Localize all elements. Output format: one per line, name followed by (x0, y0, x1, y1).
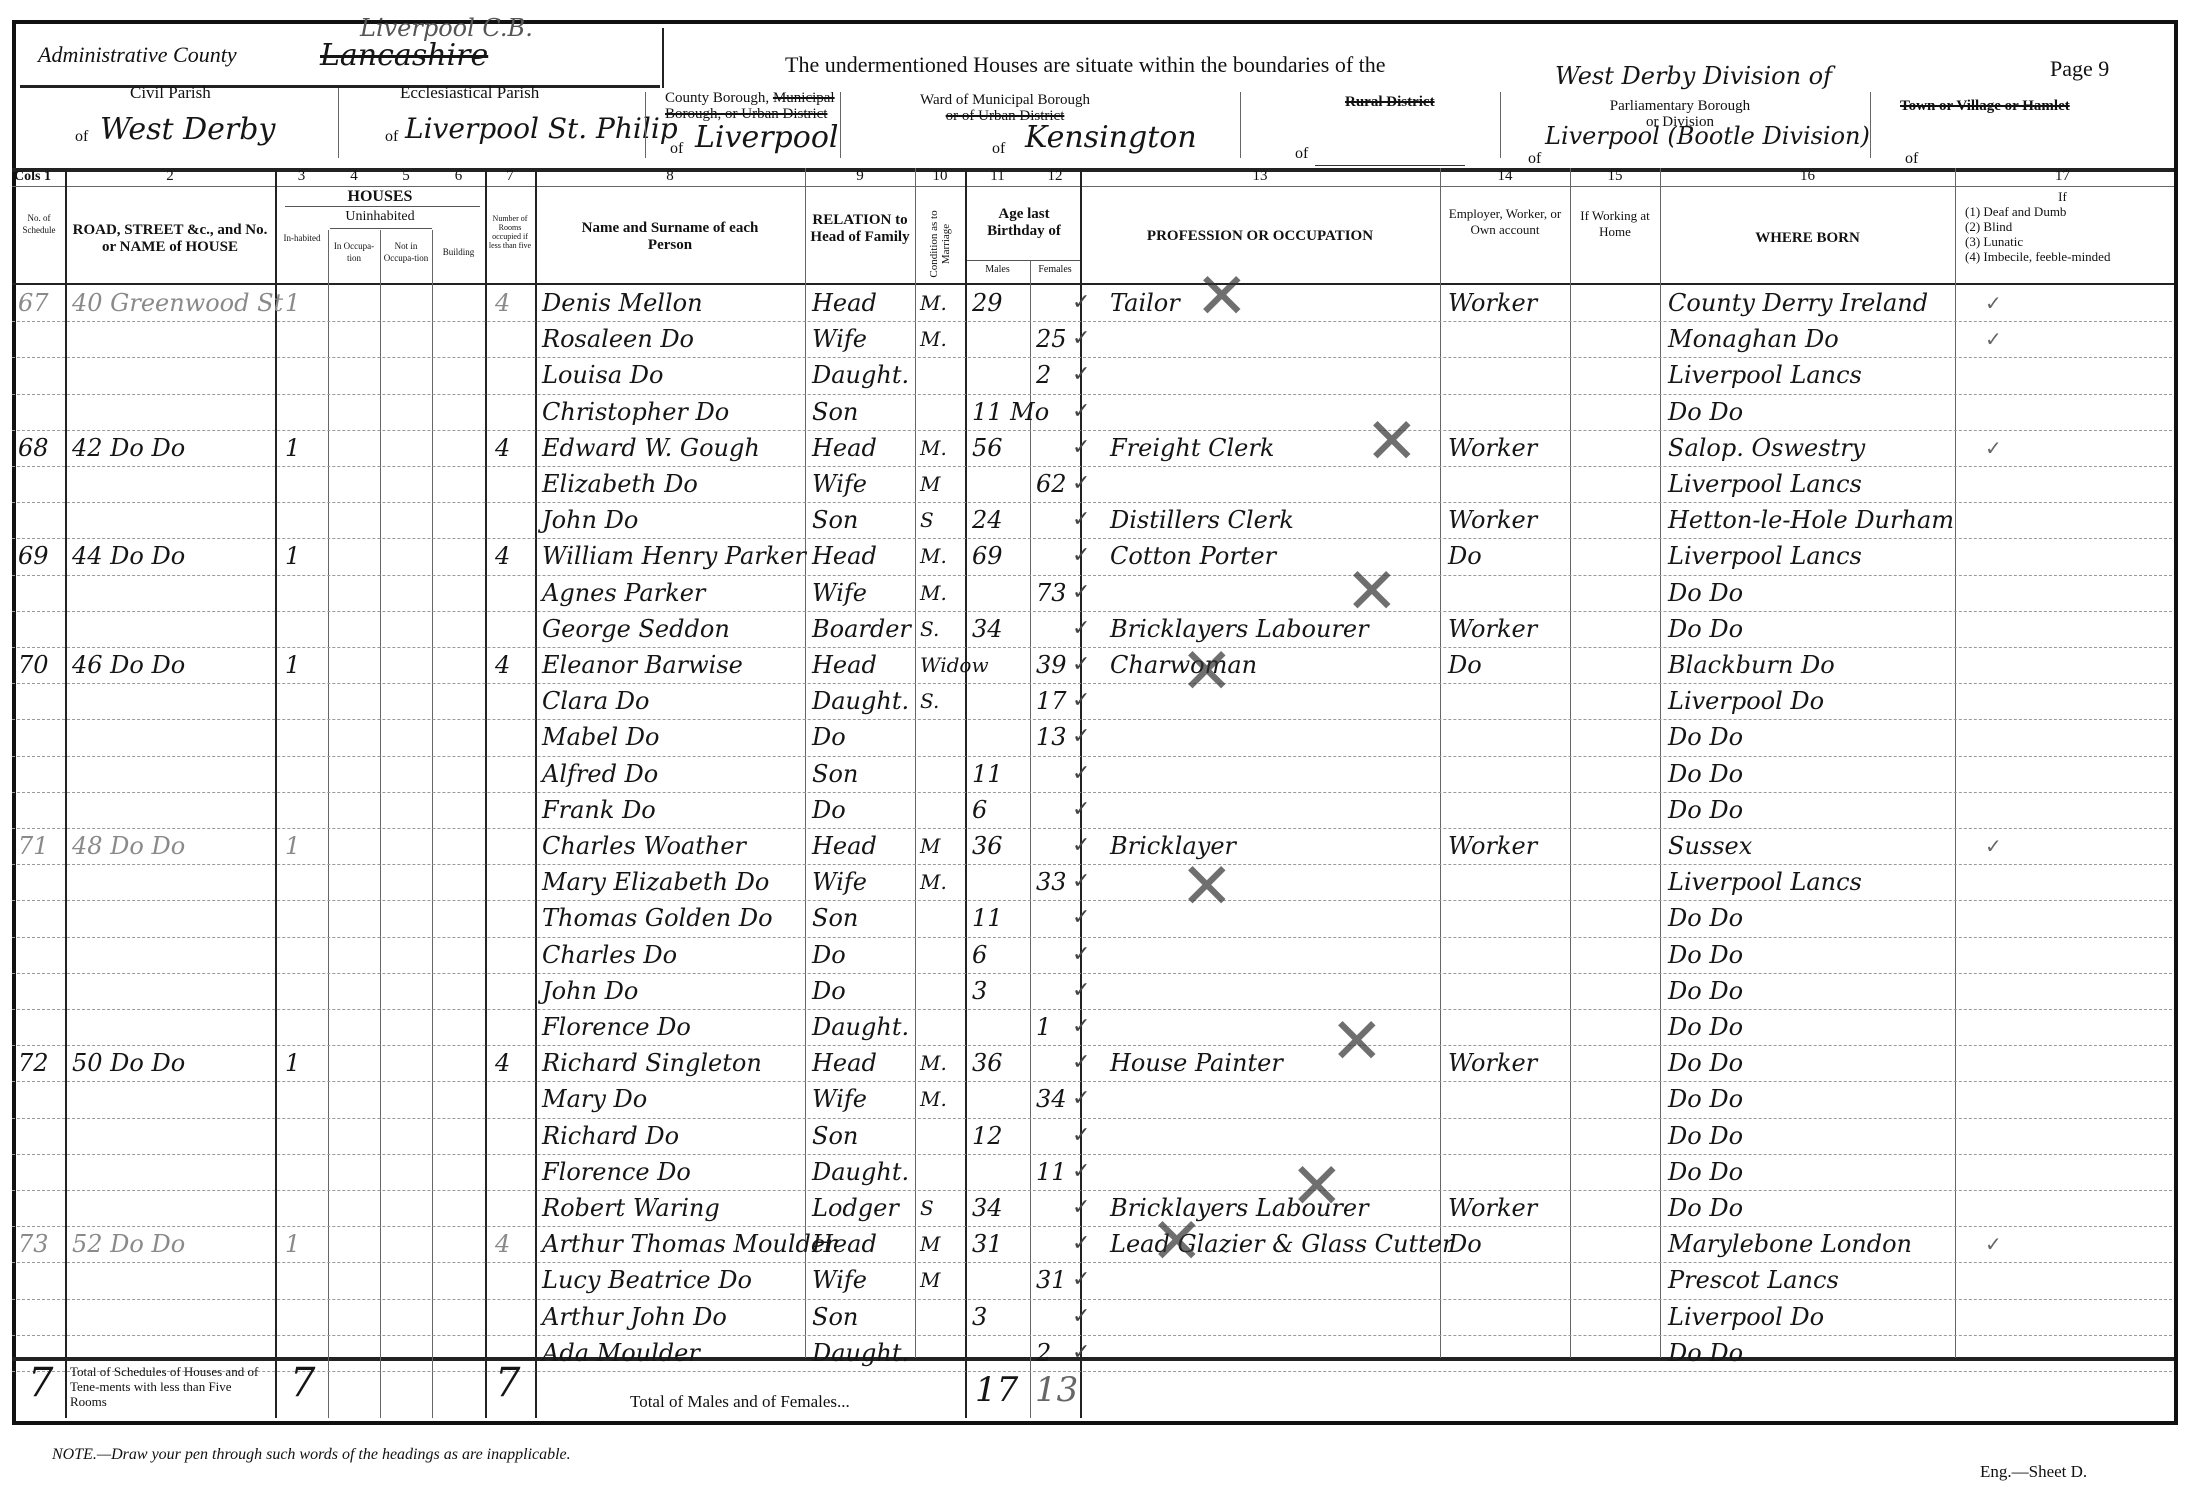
crossout-mark-icon: ✕ (1180, 640, 1234, 704)
rooms-count: 4 (495, 1046, 531, 1080)
admin-county-value: Lancashire (320, 38, 488, 73)
age-male: 31 (972, 1227, 1028, 1261)
road-address (72, 1300, 272, 1334)
checkmark-icon: ✓ (1072, 901, 1092, 935)
schedule-number (18, 1119, 64, 1153)
schedule-number (18, 576, 64, 610)
birthplace: Hetton-le-Hole Durham (1668, 503, 1953, 537)
inhabited-count (285, 395, 325, 429)
schedule-number (18, 901, 64, 935)
occupation: Distillers Clerk (1110, 503, 1440, 537)
infirmity-checkmark-icon (1985, 1191, 2015, 1225)
inhabited-count (285, 901, 325, 935)
cols-label: Cols 1 (14, 168, 66, 185)
col-num-3: 3 (275, 168, 328, 185)
checkmark-icon: ✓ (1072, 358, 1092, 392)
inhabited-count (285, 1119, 325, 1153)
marital-condition (920, 938, 964, 972)
col-header-age: Age last Birthday of (970, 206, 1078, 240)
age-subheader-line (967, 260, 1080, 261)
rooms-count: 4 (495, 286, 531, 320)
schedule-number: 73 (18, 1227, 64, 1261)
town-of: of (1905, 150, 1918, 168)
col8-right (805, 168, 806, 1358)
col-num-16: 16 (1660, 168, 1955, 185)
person-name: Florence Do (542, 1155, 804, 1189)
infirmity-checkmark-icon: ✓ (1985, 322, 2015, 356)
occupation (1110, 358, 1440, 392)
birthplace: Do Do (1668, 612, 1953, 646)
col-header-occupation: PROFESSION OR OCCUPATION (1080, 228, 1440, 245)
relation: Son (812, 395, 912, 429)
checkmark-icon: ✓ (1072, 720, 1092, 754)
marital-condition: M (920, 467, 964, 501)
road-address (72, 684, 272, 718)
age-male: 36 (972, 1046, 1028, 1080)
county-borough-label-text: County Borough, (665, 90, 769, 106)
parl-of: of (1528, 150, 1541, 168)
birthplace: Do Do (1668, 1119, 1953, 1153)
road-address: 48 Do Do (72, 829, 272, 863)
checkmark-icon: ✓ (1072, 1300, 1092, 1334)
inhabited-count (285, 612, 325, 646)
schedule-number: 67 (18, 286, 64, 320)
birthplace: Do Do (1668, 1010, 1953, 1044)
inhabited-count (285, 865, 325, 899)
infirmity-checkmark-icon (1985, 1300, 2015, 1334)
col-num-11: 11 (965, 168, 1030, 185)
employment-status: Worker (1448, 1191, 1568, 1225)
age-male (972, 720, 1028, 754)
checkmark-icon: ✓ (1072, 286, 1092, 320)
rooms-count (495, 720, 531, 754)
person-name: Rosaleen Do (542, 322, 804, 356)
inhabited-count (285, 1300, 325, 1334)
crossout-mark-icon: ✕ (1365, 410, 1419, 474)
marital-condition: M. (920, 1046, 964, 1080)
col-num-10: 10 (915, 168, 965, 185)
schedule-number (18, 793, 64, 827)
inhabited-count (285, 1010, 325, 1044)
birthplace: Liverpool Lancs (1668, 358, 1953, 392)
footer-note: NOTE.—Draw your pen through such words o… (52, 1446, 571, 1464)
marital-condition (920, 757, 964, 791)
age-male: 36 (972, 829, 1028, 863)
rooms-count (495, 684, 531, 718)
col-num-8: 8 (535, 168, 805, 185)
col-header-employer: Employer, Worker, or Own account (1445, 206, 1565, 238)
relation: Wife (812, 1082, 912, 1116)
marital-condition: M. (920, 286, 964, 320)
col-header-infirmity-if: If (1955, 188, 2170, 205)
road-address (72, 865, 272, 899)
total-females-value: 13 (1035, 1370, 1078, 1410)
checkmark-icon: ✓ (1072, 576, 1092, 610)
road-address (72, 1263, 272, 1297)
employment-status (1448, 1082, 1568, 1116)
infirmity-checkmark-icon: ✓ (1985, 286, 2015, 320)
ward-divider (1240, 92, 1241, 158)
eccl-parish-value: Liverpool St. Philip (405, 112, 678, 145)
admin-county-annotation: Liverpool C.B. (360, 14, 533, 42)
rooms-count (495, 757, 531, 791)
rooms-count (495, 1155, 531, 1189)
col11-right (1030, 260, 1031, 1418)
col-header-females: Females (1030, 264, 1080, 276)
birthplace: Do Do (1668, 938, 1953, 972)
birthplace: Blackburn Do (1668, 648, 1953, 682)
road-address (72, 720, 272, 754)
infirmity-2: (2) Blind (1965, 219, 2110, 234)
person-name: Richard Do (542, 1119, 804, 1153)
occupation: Tailor (1110, 286, 1440, 320)
checkmark-icon: ✓ (1072, 938, 1092, 972)
schedule-number (18, 1191, 64, 1225)
col10-right (965, 168, 967, 1418)
infirmity-checkmark-icon (1985, 612, 2015, 646)
civil-parish-of: of (75, 128, 88, 146)
marital-condition: M (920, 1263, 964, 1297)
relation: Head (812, 648, 912, 682)
col1-right (65, 168, 67, 1418)
col-header-name: Name and Surname of each Person (570, 220, 770, 254)
infirmity-checkmark-icon (1985, 865, 2015, 899)
road-address (72, 1155, 272, 1189)
marital-condition: S. (920, 684, 964, 718)
relation: Wife (812, 1263, 912, 1297)
road-address (72, 395, 272, 429)
relation: Head (812, 1046, 912, 1080)
schedule-number: 68 (18, 431, 64, 465)
infirmity-checkmark-icon (1985, 974, 2015, 1008)
occupation: House Painter (1110, 1046, 1440, 1080)
rooms-count: 4 (495, 1227, 531, 1261)
occupation (1110, 793, 1440, 827)
relation: Daught. (812, 358, 912, 392)
employment-status: Worker (1448, 503, 1568, 537)
crossout-mark-icon: ✕ (1330, 1010, 1384, 1074)
relation: Son (812, 1300, 912, 1334)
age-male: 11 Mo (972, 395, 1028, 429)
relation: Daught. (812, 684, 912, 718)
houses-underline (285, 206, 480, 207)
relation: Head (812, 286, 912, 320)
inhabited-count (285, 720, 325, 754)
person-name: Mary Do (542, 1082, 804, 1116)
road-address: 40 Greenwood St (72, 286, 272, 320)
person-name: Christopher Do (542, 395, 804, 429)
inhabited-count (285, 1155, 325, 1189)
infirmity-checkmark-icon (1985, 395, 2015, 429)
birthplace: Do Do (1668, 974, 1953, 1008)
col14-right (1570, 168, 1571, 1358)
marital-condition: S. (920, 612, 964, 646)
birthplace: Liverpool Do (1668, 684, 1953, 718)
employment-status: Do (1448, 648, 1568, 682)
schedule-number (18, 1155, 64, 1189)
employment-status: Worker (1448, 612, 1568, 646)
birthplace: Monaghan Do (1668, 322, 1953, 356)
col15-right (1660, 168, 1661, 1358)
age-male (972, 1336, 1028, 1370)
relation: Wife (812, 467, 912, 501)
road-address (72, 1010, 272, 1044)
checkmark-icon: ✓ (1072, 1010, 1092, 1044)
col5-right (432, 230, 433, 1418)
person-name: George Seddon (542, 612, 804, 646)
age-male (972, 1082, 1028, 1116)
sheet-label: Eng.—Sheet D. (1980, 1462, 2087, 1482)
col-num-4: 4 (328, 168, 380, 185)
person-name: Mary Elizabeth Do (542, 865, 804, 899)
employment-status: Worker (1448, 829, 1568, 863)
col-num-12: 12 (1030, 168, 1080, 185)
civil-parish-divider (338, 88, 339, 158)
age-male: 6 (972, 793, 1028, 827)
inhabited-count (285, 576, 325, 610)
checkmark-icon: ✓ (1072, 612, 1092, 646)
employment-status (1448, 901, 1568, 935)
schedule-number (18, 1300, 64, 1334)
age-male: 6 (972, 938, 1028, 972)
col-header-uninhabited: Uninhabited (328, 208, 432, 225)
marital-condition (920, 395, 964, 429)
col-header-road: ROAD, STREET &c., and No. or NAME of HOU… (70, 222, 270, 256)
age-male (972, 467, 1028, 501)
col-num-5: 5 (380, 168, 432, 185)
col-num-13: 13 (1080, 168, 1440, 185)
age-male: 3 (972, 1300, 1028, 1334)
inhabited-count (285, 684, 325, 718)
inhabited-count (285, 503, 325, 537)
marital-condition (920, 793, 964, 827)
schedule-number: 70 (18, 648, 64, 682)
col-num-14: 14 (1440, 168, 1570, 185)
occupation (1110, 757, 1440, 791)
occupation (1110, 322, 1440, 356)
marital-condition: M. (920, 576, 964, 610)
col-header-rooms: Number of Rooms occupied if less than fi… (486, 214, 534, 250)
rooms-count (495, 467, 531, 501)
road-address (72, 1119, 272, 1153)
birthplace: Do Do (1668, 576, 1953, 610)
checkmark-icon: ✓ (1072, 1155, 1092, 1189)
birthplace: Prescot Lancs (1668, 1263, 1953, 1297)
header-bottom-border (12, 283, 2174, 285)
town-label: Town or Village or Hamlet (1900, 98, 2070, 115)
schedule-number (18, 395, 64, 429)
rooms-count: 4 (495, 539, 531, 573)
birthplace: Do Do (1668, 793, 1953, 827)
road-address: 46 Do Do (72, 648, 272, 682)
infirmity-checkmark-icon (1985, 503, 2015, 537)
employment-status (1448, 1119, 1568, 1153)
uninhabited-underline (330, 228, 432, 229)
rooms-count (495, 974, 531, 1008)
employment-status (1448, 1300, 1568, 1334)
col-header-schedule: No. of Schedule (14, 212, 64, 236)
person-name: Alfred Do (542, 757, 804, 791)
rooms-count (495, 358, 531, 392)
birthplace: Do Do (1668, 1082, 1953, 1116)
civil-parish-label: Civil Parish (130, 83, 211, 103)
ward-of: of (992, 140, 1005, 158)
employment-status: Worker (1448, 1046, 1568, 1080)
checkmark-icon: ✓ (1072, 431, 1092, 465)
person-name: Richard Singleton (542, 1046, 804, 1080)
road-address: 52 Do Do (72, 1227, 272, 1261)
schedule-number (18, 974, 64, 1008)
birthplace: County Derry Ireland (1668, 286, 1953, 320)
relation: Do (812, 938, 912, 972)
inhabited-count: 1 (285, 1046, 325, 1080)
schedule-number (18, 467, 64, 501)
age-male (972, 576, 1028, 610)
col-header-working-home: If Working at Home (1575, 208, 1655, 240)
marital-condition: S (920, 1191, 964, 1225)
rooms-count: 4 (495, 431, 531, 465)
infirmity-checkmark-icon (1985, 684, 2015, 718)
occupation (1110, 720, 1440, 754)
col-header-born: WHERE BORN (1660, 230, 1955, 247)
inhabited-count: 1 (285, 286, 325, 320)
county-borough-struck-1: Municipal (773, 90, 835, 106)
schedule-number (18, 865, 64, 899)
age-male (972, 1010, 1028, 1044)
checkmark-icon: ✓ (1072, 648, 1092, 682)
marital-condition (920, 901, 964, 935)
age-male (972, 358, 1028, 392)
age-male: 34 (972, 612, 1028, 646)
inhabited-count: 1 (285, 648, 325, 682)
birthplace: Sussex (1668, 829, 1953, 863)
crossout-mark-icon: ✕ (1290, 1155, 1344, 1219)
birthplace: Liverpool Lancs (1668, 865, 1953, 899)
col-num-17: 17 (1955, 168, 2170, 185)
occupation (1110, 1082, 1440, 1116)
employment-status: Worker (1448, 286, 1568, 320)
col-num-2: 2 (65, 168, 275, 185)
occupation (1110, 684, 1440, 718)
employment-status (1448, 322, 1568, 356)
infirmity-checkmark-icon (1985, 1336, 2015, 1370)
crossout-mark-icon: ✕ (1195, 265, 1249, 329)
inhabited-count (285, 1191, 325, 1225)
occupation: Bricklayer (1110, 829, 1440, 863)
col-header-not-in-occupation: Not in Occupa-tion (381, 240, 431, 264)
relation: Head (812, 1227, 912, 1261)
birthplace: Do Do (1668, 757, 1953, 791)
person-name: Thomas Golden Do (542, 901, 804, 935)
birthplace: Liverpool Lancs (1668, 467, 1953, 501)
inhabited-count: 1 (285, 829, 325, 863)
checkmark-icon: ✓ (1072, 1336, 1092, 1370)
col3-right (328, 230, 329, 1418)
employment-status: Worker (1448, 431, 1568, 465)
relation: Daught. (812, 1336, 912, 1370)
employment-status (1448, 974, 1568, 1008)
rooms-count (495, 901, 531, 935)
col-num-7: 7 (485, 168, 535, 185)
crossout-mark-icon: ✕ (1180, 855, 1234, 919)
schedule-number (18, 503, 64, 537)
inhabited-count: 1 (285, 431, 325, 465)
schedule-number (18, 358, 64, 392)
marital-condition (920, 1155, 964, 1189)
col-num-15: 15 (1570, 168, 1660, 185)
infirmity-checkmark-icon (1985, 1082, 2015, 1116)
person-name: Agnes Parker (542, 576, 804, 610)
inhabited-count (285, 322, 325, 356)
person-name: John Do (542, 503, 804, 537)
person-name: Florence Do (542, 1010, 804, 1044)
employment-status: Do (1448, 1227, 1568, 1261)
road-address (72, 467, 272, 501)
relation: Son (812, 901, 912, 935)
schedule-number (18, 1082, 64, 1116)
person-name: William Henry Parker (542, 539, 804, 573)
relation: Wife (812, 576, 912, 610)
checkmark-icon: ✓ (1072, 1119, 1092, 1153)
county-borough-label: County Borough, Municipal Borough, or Ur… (665, 90, 835, 122)
employment-status (1448, 395, 1568, 429)
ward-label-text: Ward of Municipal Borough (920, 92, 1090, 108)
schedule-number (18, 322, 64, 356)
rooms-count (495, 395, 531, 429)
road-address (72, 901, 272, 935)
rooms-count (495, 612, 531, 646)
birthplace: Do Do (1668, 720, 1953, 754)
infirmity-checkmark-icon (1985, 1155, 2015, 1189)
birthplace: Do Do (1668, 395, 1953, 429)
birthplace: Do Do (1668, 901, 1953, 935)
infirmity-checkmark-icon: ✓ (1985, 431, 2015, 465)
inhabited-count (285, 757, 325, 791)
age-male: 11 (972, 757, 1028, 791)
admin-county-label: Administrative County (38, 42, 237, 68)
age-male: 11 (972, 901, 1028, 935)
county-borough-value: Liverpool (695, 120, 838, 155)
person-name: Mabel Do (542, 720, 804, 754)
rooms-count (495, 1263, 531, 1297)
inhabited-count (285, 974, 325, 1008)
road-address (72, 1082, 272, 1116)
marital-condition: M. (920, 539, 964, 573)
person-name: John Do (542, 974, 804, 1008)
rural-district-label: Rural District (1345, 94, 1435, 111)
person-name: Elizabeth Do (542, 467, 804, 501)
checkmark-icon: ✓ (1072, 1046, 1092, 1080)
crossout-mark-icon: ✕ (1345, 560, 1399, 624)
schedule-number (18, 684, 64, 718)
rooms-count (495, 1191, 531, 1225)
age-male (972, 322, 1028, 356)
birthplace: Do Do (1668, 1336, 1953, 1370)
infirmity-checkmark-icon (1985, 648, 2015, 682)
relation: Son (812, 1119, 912, 1153)
total-inhabited-value: 7 (290, 1360, 315, 1406)
marital-condition (920, 1119, 964, 1153)
relation: Daught. (812, 1155, 912, 1189)
schedule-number (18, 938, 64, 972)
checkmark-icon: ✓ (1072, 757, 1092, 791)
eccl-parish-of: of (385, 128, 398, 146)
employment-status (1448, 576, 1568, 610)
employment-status (1448, 938, 1568, 972)
marital-condition (920, 974, 964, 1008)
county-borough-of: of (670, 140, 683, 158)
parl-label-1: Parliamentary Borough (1610, 98, 1750, 114)
